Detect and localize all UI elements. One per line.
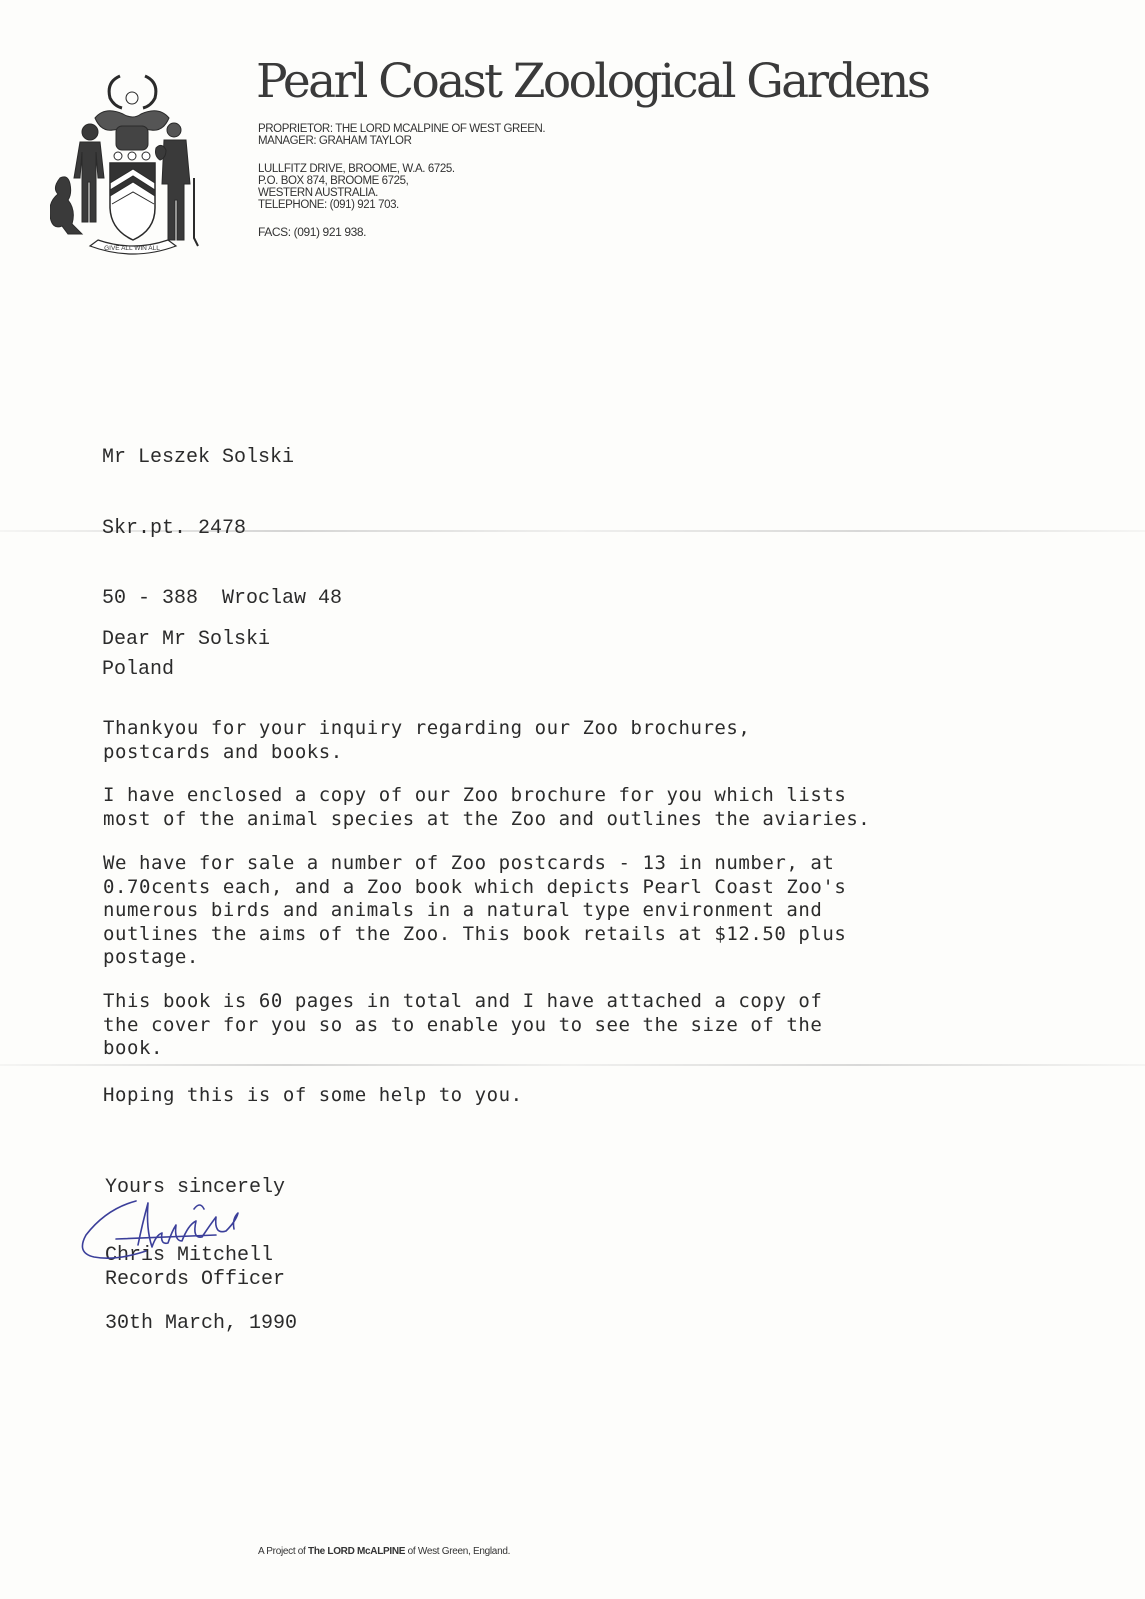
recipient-line: Skr.pt. 2478	[102, 517, 342, 541]
salutation: Dear Mr Solski	[102, 628, 270, 652]
address-line: LULLFITZ DRIVE, BROOME, W.A. 6725.	[258, 163, 455, 175]
footer-bold: The LORD McALPINE	[308, 1546, 405, 1557]
recipient-address: Mr Leszek Solski Skr.pt. 2478 50 - 388 W…	[102, 399, 342, 728]
footer-prefix: A Project of	[258, 1546, 308, 1557]
fax-line: FACS: (091) 921 938.	[258, 226, 366, 238]
letter-page: GIVE ALL WIN ALL Pearl Coast Zoological …	[0, 0, 1145, 1599]
recipient-line: Poland	[102, 658, 342, 682]
body-paragraph: Hoping this is of some help to you.	[103, 1084, 523, 1108]
coat-of-arms-icon: GIVE ALL WIN ALL	[50, 68, 215, 260]
body-paragraph: This book is 60 pages in total and I hav…	[103, 990, 822, 1061]
proprietor-line: PROPRIETOR: THE LORD McALPINE OF WEST GR…	[258, 123, 545, 135]
body-paragraph: Thankyou for your inquiry regarding our …	[103, 717, 750, 764]
letterhead-address: LULLFITZ DRIVE, BROOME, W.A. 6725. P.O. …	[258, 163, 455, 211]
letter-date: 30th March, 1990	[105, 1312, 297, 1336]
letterhead-footer: A Project of The LORD McALPINE of West G…	[258, 1546, 510, 1557]
letterhead-staff: PROPRIETOR: THE LORD McALPINE OF WEST GR…	[258, 123, 545, 147]
telephone-line: TELEPHONE: (091) 921 703.	[258, 199, 455, 211]
body-paragraph: I have enclosed a copy of our Zoo brochu…	[103, 784, 870, 831]
body-paragraph: We have for sale a number of Zoo postcar…	[103, 852, 846, 970]
svg-text:GIVE ALL WIN ALL: GIVE ALL WIN ALL	[104, 245, 160, 252]
manager-line: MANAGER: GRAHAM TAYLOR	[258, 135, 545, 147]
organization-name: Pearl Coast Zoological Gardens	[256, 58, 928, 105]
footer-suffix: of West Green, England.	[405, 1546, 510, 1557]
recipient-line: 50 - 388 Wroclaw 48	[102, 587, 342, 611]
handwritten-signature	[76, 1195, 266, 1275]
address-line: WESTERN AUSTRALIA.	[258, 187, 455, 199]
recipient-line: Mr Leszek Solski	[102, 446, 342, 470]
paper-fold-line	[0, 1064, 1145, 1066]
address-line: P.O. BOX 874, BROOME 6725,	[258, 175, 455, 187]
